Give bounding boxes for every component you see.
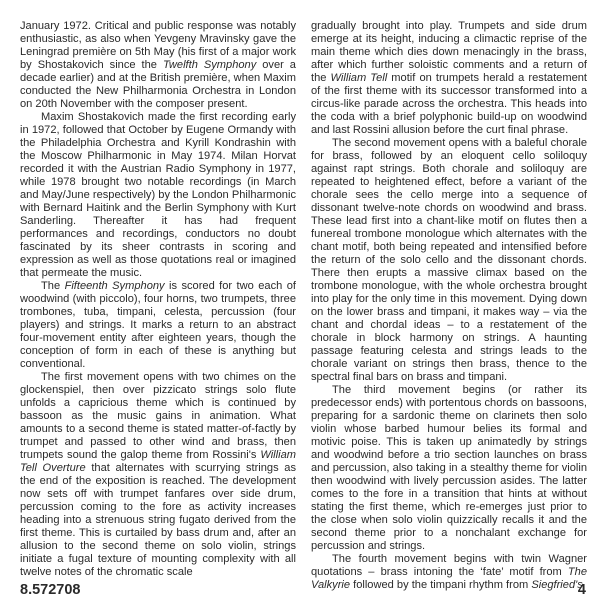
paragraph: January 1972. Critical and public respon… <box>20 20 296 111</box>
page-number: 4 <box>578 582 586 598</box>
text-run: Maxim Shostakovich made the first record… <box>20 111 296 279</box>
text-run: The third movement begins (or rather its… <box>311 384 587 552</box>
text-run: The first movement opens with two chimes… <box>20 371 296 461</box>
italic-title: Twelfth Symphony <box>163 59 256 71</box>
text-run: The <box>41 280 65 292</box>
catalogue-number: 8.572708 <box>20 582 80 598</box>
italic-title: Siegfried's <box>531 579 582 591</box>
text-run: that alternates with scurrying strings a… <box>20 462 296 578</box>
text-run: is scored for two each of woodwind (with… <box>20 280 296 370</box>
text-run: The fourth movement begins with twin Wag… <box>311 553 587 578</box>
italic-title: William Tell <box>331 72 388 84</box>
right-text-column: gradually brought into play. Trumpets an… <box>311 20 587 592</box>
text-run: followed by the timpani rhythm from <box>350 579 531 591</box>
paragraph: The Fifteenth Symphony is scored for two… <box>20 280 296 371</box>
paragraph: Maxim Shostakovich made the first record… <box>20 111 296 280</box>
italic-title: Fifteenth Symphony <box>65 280 165 292</box>
paragraph: The first movement opens with two chimes… <box>20 371 296 579</box>
left-text-column: January 1972. Critical and public respon… <box>20 20 296 579</box>
paragraph: The third movement begins (or rather its… <box>311 384 587 553</box>
paragraph: The second movement opens with a baleful… <box>311 137 587 384</box>
paragraph: gradually brought into play. Trumpets an… <box>311 20 587 137</box>
text-run: The second movement opens with a baleful… <box>311 137 587 383</box>
paragraph: The fourth movement begins with twin Wag… <box>311 553 587 592</box>
